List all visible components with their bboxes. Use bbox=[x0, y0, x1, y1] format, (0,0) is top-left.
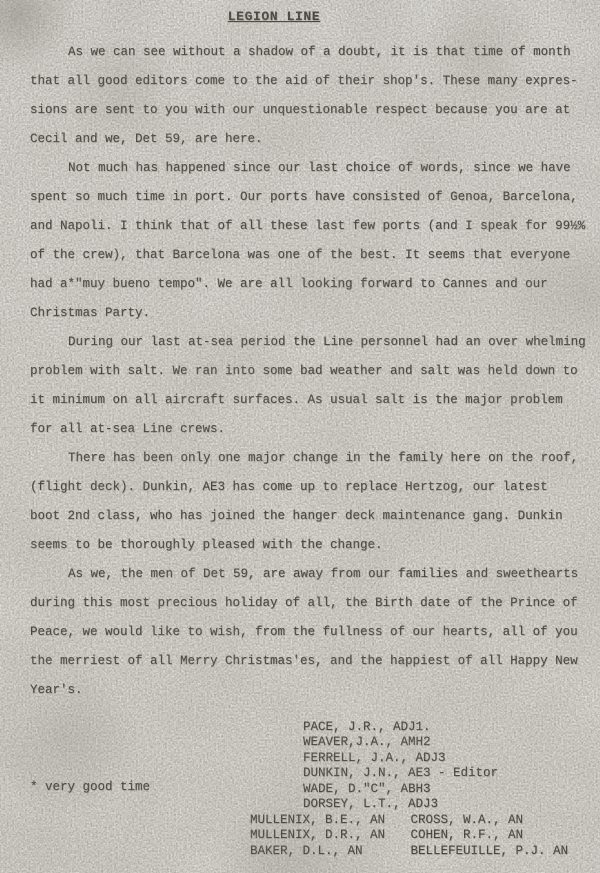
roster-row: MULLENIX, D.R., AN COHEN, R.F., AN bbox=[250, 828, 568, 843]
roster-line: PACE, J.R., ADJ1. bbox=[303, 720, 498, 735]
staff-roster-two-column: MULLENIX, B.E., AN CROSS, W.A., AN MULLE… bbox=[250, 813, 568, 859]
roster-line: WEAVER,J.A., AMH2 bbox=[303, 735, 498, 750]
roster-line: DORSEY, L.T., ADJ3 bbox=[303, 797, 498, 812]
roster-name-left: MULLENIX, D.R., AN bbox=[250, 828, 403, 843]
roster-name-left: BAKER, D.L., AN bbox=[250, 844, 403, 859]
roster-line: FERRELL, J.A., ADJ3 bbox=[303, 751, 498, 766]
roster-name-right: CROSS, W.A., AN bbox=[411, 813, 524, 827]
document-body: As we can see without a shadow of a doub… bbox=[30, 38, 596, 705]
footnote-very-good-time: * very good time bbox=[30, 780, 150, 794]
paragraph-2: Not much has happened since our last cho… bbox=[30, 154, 596, 328]
paragraph-3: During our last at-sea period the Line p… bbox=[30, 328, 596, 444]
roster-line: DUNKIN, J.N., AE3 - Editor bbox=[303, 766, 498, 781]
roster-name-right: COHEN, R.F., AN bbox=[411, 828, 524, 842]
roster-row: MULLENIX, B.E., AN CROSS, W.A., AN bbox=[250, 813, 568, 828]
paragraph-4: There has been only one major change in … bbox=[30, 444, 596, 560]
page-title: LEGION LINE bbox=[0, 9, 600, 24]
paragraph-1: As we can see without a shadow of a doub… bbox=[30, 38, 596, 154]
staff-roster-single-column: PACE, J.R., ADJ1. WEAVER,J.A., AMH2 FERR… bbox=[303, 720, 498, 812]
scanned-newsletter-page: { "document": { "title": "LEGION LINE", … bbox=[0, 0, 600, 873]
document-page: LEGION LINE As we can see without a shad… bbox=[0, 0, 600, 873]
roster-row: BAKER, D.L., AN BELLEFEUILLE, P.J. AN bbox=[250, 844, 568, 859]
roster-name-right: BELLEFEUILLE, P.J. AN bbox=[411, 844, 569, 858]
roster-name-left: MULLENIX, B.E., AN bbox=[250, 813, 403, 828]
roster-line: WADE, D."C", ABH3 bbox=[303, 782, 498, 797]
paragraph-5: As we, the men of Det 59, are away from … bbox=[30, 560, 596, 705]
